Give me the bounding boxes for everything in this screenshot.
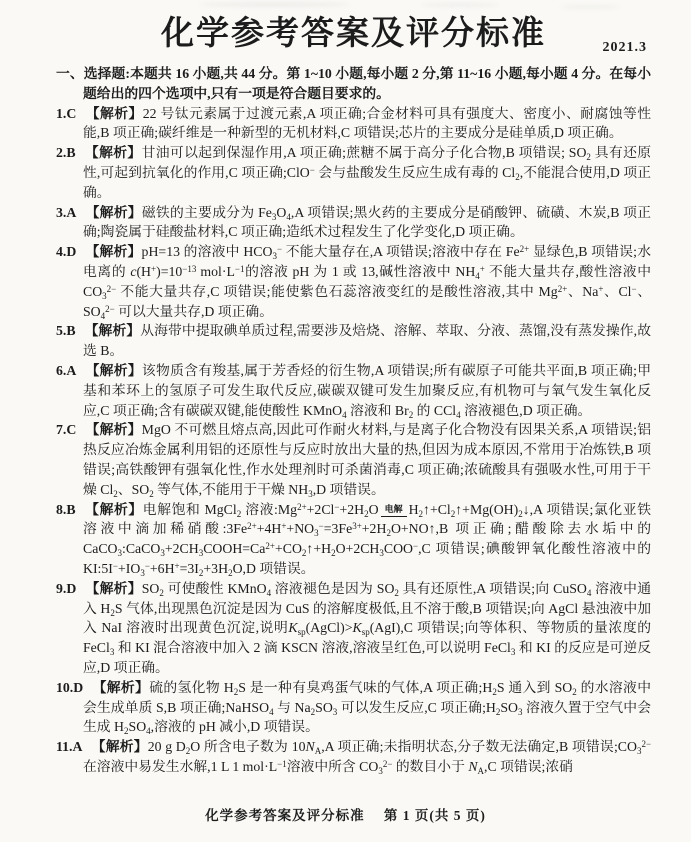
answer-item: 7.C【解析】MgO 不可燃且熔点高,因此可作耐火材料,与是离子化合物没有因果关…	[56, 420, 651, 499]
answer-number: 9.D	[56, 581, 76, 596]
answer-number: 10.D	[56, 680, 83, 695]
answer-explanation: 【解析】甘油可以起到保湿作用,A 项正确;蔗糖不属于高分子化合物,B 项错误; …	[83, 145, 651, 200]
answer-number: 7.C	[56, 422, 76, 437]
answer-explanation: 【解析】22 号钛元素属于过渡元素,A 项正确;合金材料可具有强度大、密度小、耐…	[83, 106, 651, 141]
answer-item: 8.B【解析】电解饱和 MgCl2 溶液:Mg2++2Cl−+2H2O电解H2↑…	[56, 500, 651, 579]
answer-item: 4.D【解析】pH=13 的溶液中 HCO3− 不能大量存在,A 项错误;溶液中…	[56, 242, 651, 321]
page-footer: 化学参考答案及评分标准 第 1 页(共 5 页)	[0, 804, 691, 824]
answer-number: 4.D	[56, 244, 76, 259]
footer-title: 化学参考答案及评分标准	[205, 808, 365, 823]
answer-item: 11.A【解析】20 g D2O 所含电子数为 10NA,A 项正确;未指明状态…	[56, 737, 651, 777]
answer-explanation: 【解析】电解饱和 MgCl2 溶液:Mg2++2Cl−+2H2O电解H2↑+Cl…	[83, 502, 651, 576]
answer-number: 8.B	[56, 502, 76, 517]
answer-item: 9.D【解析】SO2 可使酸性 KMnO4 溶液褪色是因为 SO2 具有还原性,…	[56, 579, 651, 678]
answer-item: 2.B【解析】甘油可以起到保湿作用,A 项正确;蔗糖不属于高分子化合物,B 项错…	[56, 143, 651, 202]
answer-explanation: 【解析】磁铁的主要成分为 Fe3O4,A 项错误;黑火药的主要成分是硝酸钾、硫磺…	[83, 205, 651, 240]
scan-artifact	[420, 3, 500, 7]
document-date: 2021.3	[603, 40, 648, 56]
answer-number: 2.B	[56, 145, 76, 160]
answer-item: 1.C【解析】22 号钛元素属于过渡元素,A 项正确;合金材料可具有强度大、密度…	[56, 104, 651, 144]
footer-page-number: 第 1 页(共 5 页)	[384, 808, 486, 823]
scan-artifact	[560, 5, 620, 9]
answer-explanation: 【解析】SO2 可使酸性 KMnO4 溶液褪色是因为 SO2 具有还原性,A 项…	[83, 581, 651, 675]
document-header: 化学参考答案及评分标准 2021.3	[56, 14, 651, 58]
answer-number: 3.A	[56, 205, 76, 220]
scan-artifact	[200, 2, 350, 7]
answer-explanation: 【解析】该物质含有羧基,属于芳香烃的衍生物,A 项错误;所有碳原子可能共平面,B…	[83, 363, 651, 418]
answer-explanation: 【解析】20 g D2O 所含电子数为 10NA,A 项正确;未指明状态,分子数…	[83, 739, 651, 774]
answer-item: 5.B【解析】从海带中提取碘单质过程,需要涉及焙烧、溶解、萃取、分液、蒸馏,没有…	[56, 321, 651, 361]
page-title: 化学参考答案及评分标准	[56, 14, 651, 54]
answer-number: 11.A	[56, 739, 82, 754]
answer-item: 3.A【解析】磁铁的主要成分为 Fe3O4,A 项错误;黑火药的主要成分是硝酸钾…	[56, 203, 651, 243]
answer-item: 10.D【解析】硫的氢化物 H2S 是一种有臭鸡蛋气味的气体,A 项正确;H2S…	[56, 678, 651, 737]
answer-item: 6.A【解析】该物质含有羧基,属于芳香烃的衍生物,A 项错误;所有碳原子可能共平…	[56, 361, 651, 420]
section-instructions: 一、选择题:本题共 16 小题,共 44 分。第 1~10 小题,每小题 2 分…	[56, 64, 651, 104]
answer-explanation: 【解析】pH=13 的溶液中 HCO3− 不能大量存在,A 项错误;溶液中存在 …	[83, 244, 651, 318]
answer-number: 6.A	[56, 363, 76, 378]
answer-explanation: 【解析】MgO 不可燃且熔点高,因此可作耐火材料,与是离子化合物没有因果关系,A…	[83, 422, 651, 496]
answer-explanation: 【解析】硫的氢化物 H2S 是一种有臭鸡蛋气味的气体,A 项正确;H2S 通入到…	[83, 680, 651, 735]
document-page: 化学参考答案及评分标准 2021.3 一、选择题:本题共 16 小题,共 44 …	[0, 0, 691, 842]
answer-list: 1.C【解析】22 号钛元素属于过渡元素,A 项正确;合金材料可具有强度大、密度…	[56, 104, 651, 777]
answer-number: 5.B	[56, 323, 76, 338]
answer-number: 1.C	[56, 106, 76, 121]
answer-explanation: 【解析】从海带中提取碘单质过程,需要涉及焙烧、溶解、萃取、分液、蒸馏,没有蒸发操…	[83, 323, 651, 358]
